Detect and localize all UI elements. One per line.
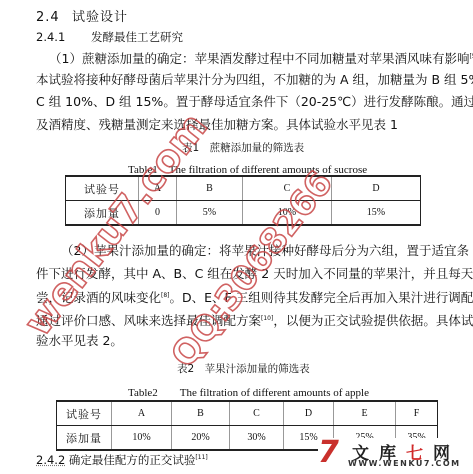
table-cell: 10% <box>112 426 172 451</box>
paragraph-sucrose: （1）蔗糖添加量的确定：苹果酒发酵过程中不同加糖量对苹果酒风味有影响[5-7]，… <box>36 46 473 136</box>
table1-caption-cn: 表1 蔗糖添加量的筛选表 <box>182 140 304 155</box>
citation: [11] <box>195 454 207 461</box>
table-cell: A <box>139 176 177 201</box>
paragraph-line: 本试验将接种好酵母菌后苹果汁分为四组，不加糖的为 A 组，加糖量为 B 组 5%… <box>36 69 473 92</box>
table-cell: 试验号 <box>57 401 112 426</box>
paragraph-line: （1）蔗糖添加量的确定：苹果酒发酵过程中不同加糖量对苹果酒风味有影响 <box>49 51 469 66</box>
table-cell: 30% <box>230 426 284 451</box>
table-row: 添加量 0 5% 10% 15% <box>66 201 421 226</box>
table-cell: 添加量 <box>57 426 112 451</box>
subsection2-heading: 2.4.2 确定最佳配方的正交试验[11] <box>36 452 208 468</box>
paragraph-line: 及酒精度、残糖量测定来选择最佳加糖方案。具体试验水平见表 1 <box>36 114 473 137</box>
table-cell: 10% <box>242 201 331 226</box>
wenku7-logo: 7 文库七网 WWW.WENKU7.COM <box>318 438 468 472</box>
table1: 试验号 A B C D 添加量 0 5% 10% 15% <box>65 175 421 226</box>
logo-url: WWW.WENKU7.COM <box>348 459 461 468</box>
section-title: 试验设计 <box>72 10 128 25</box>
subsection-title: 发酵最佳工艺研究 <box>91 30 183 44</box>
paragraph-line: （2）苹果汁添加量的确定：将苹果汁接种好酵母后分为六组，置于适宜条 <box>36 240 473 263</box>
citation: [8] <box>161 292 170 299</box>
table-cell: D <box>331 176 420 201</box>
table-header-row: 试验号 A B C D <box>66 176 421 201</box>
table-cell: B <box>176 176 242 201</box>
table2-caption-en: Table2 The filtration of different amoun… <box>128 384 369 400</box>
table-cell: C <box>230 401 284 426</box>
table-cell: F <box>396 401 438 426</box>
table-cell: D <box>284 401 334 426</box>
table-header-row: 试验号 A B C D E F <box>57 401 438 426</box>
table2-caption-cn: 表2 苹果汁添加量的筛选表 <box>177 361 310 376</box>
table-cell: C <box>242 176 331 201</box>
citation: [5-7] <box>469 53 473 60</box>
table-cell: B <box>172 401 230 426</box>
table-cell: 添加量 <box>66 201 139 226</box>
subsection2-title: 确定最佳配方的正交试验 <box>69 453 196 467</box>
table-cell: 5% <box>176 201 242 226</box>
subsection-number: 2.4.1 <box>36 30 91 44</box>
table-cell: A <box>112 401 172 426</box>
subsection2-number: 2.4.2 <box>36 453 65 467</box>
paragraph-line: 件下进行发酵，其中 A、B、C 组在发酵 2 天时加入不同量的苹果汁，并且每天试 <box>36 263 473 286</box>
table-cell: 0 <box>139 201 177 226</box>
table-cell: 20% <box>172 426 230 451</box>
paragraph-apple-juice: （2）苹果汁添加量的确定：将苹果汁接种好酵母后分为六组，置于适宜条 件下进行发酵… <box>36 240 473 353</box>
paragraph-line: 验水平见表 2。 <box>36 330 473 353</box>
subsection-heading: 2.4.1发酵最佳工艺研究 <box>36 29 183 45</box>
table-cell: E <box>334 401 396 426</box>
citation: [10] <box>261 315 273 322</box>
logo-mark-icon: 7 <box>318 438 339 468</box>
section-number: 2.4 <box>36 10 72 25</box>
section-heading: 2.4试验设计 <box>36 6 128 25</box>
table-cell: 试验号 <box>66 176 139 201</box>
table-cell: 15% <box>331 201 420 226</box>
paragraph-line: C 组 10%、D 组 15%。置于酵母适宜条件下（20-25℃）进行发酵陈酿。… <box>36 91 473 114</box>
